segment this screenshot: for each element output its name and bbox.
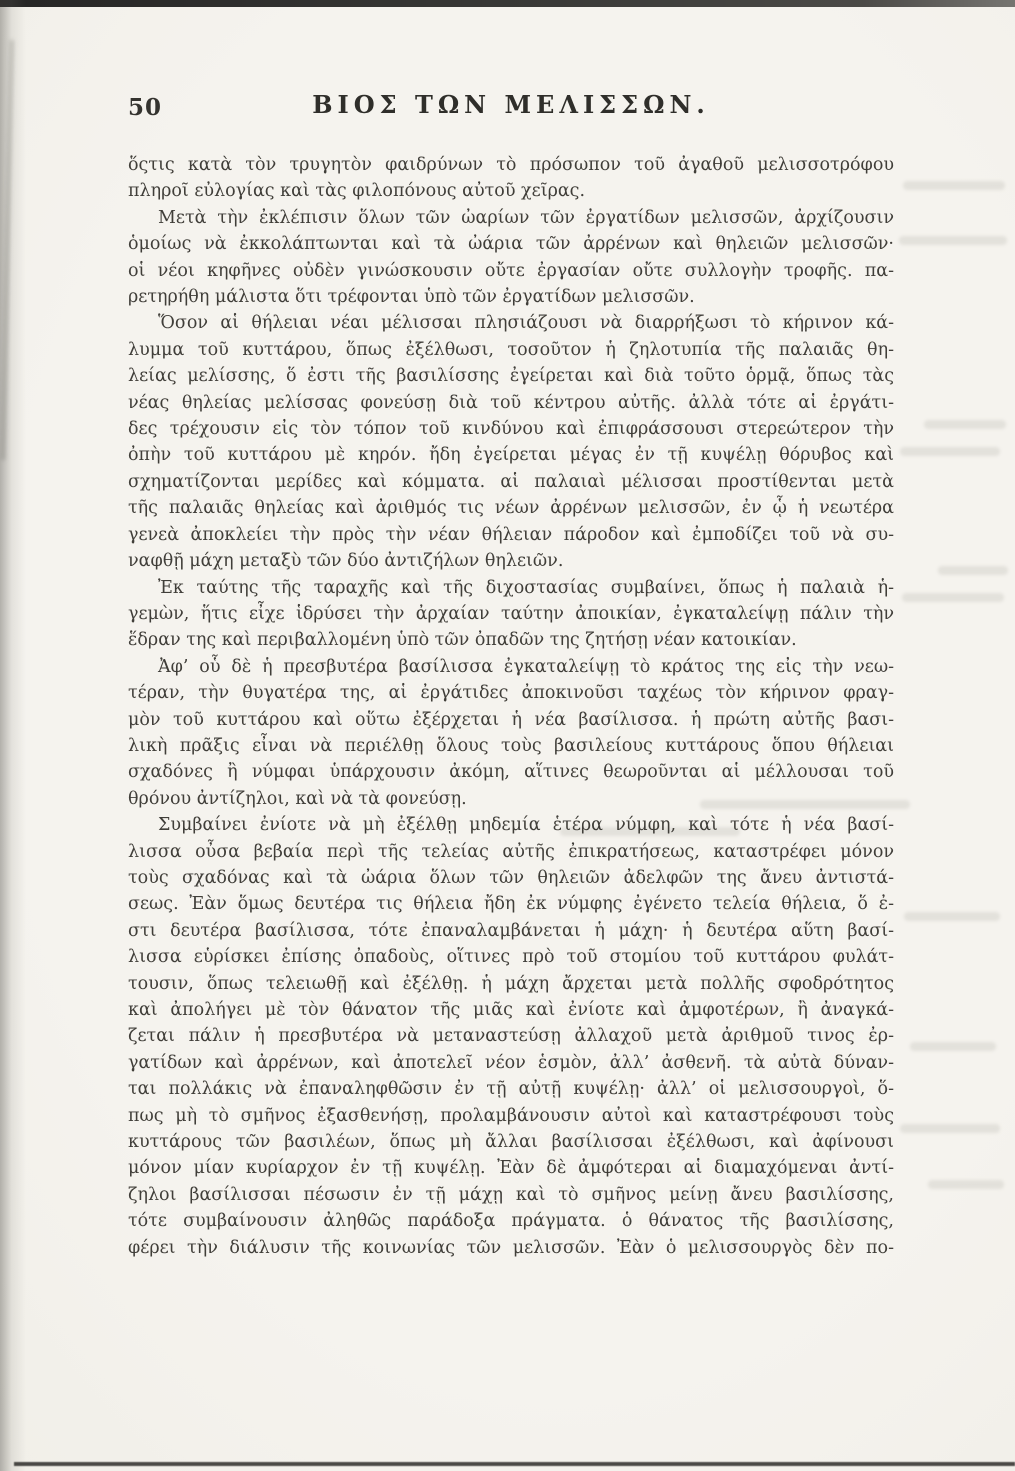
text-line: τότε συμβαίνουσιν ἀληθῶς παράδοξα πράγμα… [128,1208,894,1234]
text-line: Μετὰ τὴν ἐκλέπισιν ὅλων τῶν ὠαρίων τῶν ἐ… [128,205,894,231]
text-line: τῆς παλαιᾶς θηλείας καὶ ἀριθμός τις νέων… [128,495,894,521]
text-line: τουσιν, ὅπως τελειωθῇ καὶ ἐξέλθῃ. ἡ μάχη… [128,971,894,997]
text-line: κυττάρους τῶν βασιλέων, ὅπως μὴ ἄλλαι βα… [128,1129,894,1155]
scan-bottom-edge [14,1462,1015,1466]
bleedthrough-mark [910,1042,996,1051]
text-line: ναφθῇ μάχη μεταξὺ τῶν δύο ἀντιζήλων θηλε… [128,548,894,574]
bleedthrough-mark [902,593,1004,602]
text-line: ζηλοι βασίλισσαι πέσωσιν ἐν τῇ μάχῃ καὶ … [128,1182,894,1208]
book-page: 50 ΒΙΟΣ ΤΩΝ ΜΕΛΙΣΣΩΝ. ὅςτις κατὰ τὸν τρυ… [0,0,1015,1471]
bleedthrough-mark [903,181,1005,190]
text-line: μὸν τοῦ κυττάρου καὶ οὕτω ἐξέρχεται ἡ νέ… [128,707,894,733]
bleedthrough-mark [924,420,1006,429]
text-line: Ὅσον αἱ θήλειαι νέαι μέλισσαι πλησιάζουσ… [128,310,894,336]
text-line: ὁμοίως νὰ ἐκκολάπτωνται καὶ τὰ ὠάρια τῶν… [128,231,894,257]
text-line: ται πολλάκις νὰ ἐπαναληφθῶσιν ἐν τῇ αὐτῇ… [128,1076,894,1102]
bleedthrough-mark [904,912,1000,921]
text-line: νέας θηλείας μελίσσας φονεύσῃ διὰ τοῦ κέ… [128,390,894,416]
paragraph: Ἐκ ταύτης τῆς ταραχῆς καὶ τῆς διχοστασία… [128,575,894,654]
text-column: ὅςτις κατὰ τὸν τρυγητὸν φαιδρύνων τὸ πρό… [128,152,894,1261]
paragraph: ὅςτις κατὰ τὸν τρυγητὸν φαιδρύνων τὸ πρό… [128,152,894,205]
text-line: σχαδόνες ἢ νύμφαι ὑπάρχουσιν ἀκόμη, αἵτι… [128,759,894,785]
bleedthrough-mark [899,236,1007,245]
text-line: γενεὰ ἀποκλείει τὴν πρὸς τὴν νέαν θήλεια… [128,522,894,548]
scan-top-edge [0,0,1015,7]
text-line: δες τρέχουσιν εἰς τὸν τόπον τοῦ κινδύνου… [128,416,894,442]
bleedthrough-mark [938,566,1008,575]
text-line: φέρει τὴν διάλυσιν τῆς κοινωνίας τῶν μελ… [128,1235,894,1261]
text-line: λυμμα τοῦ κυττάρου, ὅπως ἐξέλθωσι, τοσοῦ… [128,337,894,363]
bleedthrough-mark [900,447,1000,456]
paragraph: Μετὰ τὴν ἐκλέπισιν ὅλων τῶν ὠαρίων τῶν ἐ… [128,205,894,311]
text-line: μόνον μίαν κυρίαρχον ἐν τῇ κυψέλῃ. Ἐὰν δ… [128,1155,894,1181]
paragraph: Ἀφ’ οὗ δὲ ἡ πρεσβυτέρα βασίλισσα ἐγκαταλ… [128,654,894,812]
text-line: θρόνου ἀντίζηλοι, καὶ νὰ τὰ φονεύσῃ. [128,786,894,812]
text-line: λισσα οὖσα βεβαία περὶ τῆς τελείας αὐτῆς… [128,839,894,865]
text-line: πληροῖ εὐλογίας καὶ τὰς φιλοπόνους αὐτοῦ… [128,178,894,204]
text-line: στι δευτέρα βασίλισσα, τότε ἐπαναλαμβάνε… [128,918,894,944]
text-line: ὅςτις κατὰ τὸν τρυγητὸν φαιδρύνων τὸ πρό… [128,152,894,178]
bleedthrough-mark [900,1124,1000,1133]
text-line: ζεται πάλιν ἡ πρεσβυτέρα νὰ μεταναστεύσῃ… [128,1023,894,1049]
text-line: πως μὴ τὸ σμῆνος ἐξασθενήσῃ, προλαμβάνου… [128,1103,894,1129]
paragraph: Ὅσον αἱ θήλειαι νέαι μέλισσαι πλησιάζουσ… [128,310,894,574]
page-header: 50 ΒΙΟΣ ΤΩΝ ΜΕΛΙΣΣΩΝ. [128,90,894,124]
running-title: ΒΙΟΣ ΤΩΝ ΜΕΛΙΣΣΩΝ. [128,90,894,119]
text-line: οἱ νέοι κηφῆνες οὐδὲν γινώσκουσιν οὔτε ἐ… [128,258,894,284]
text-line: καὶ ἀπολήγει μὲ τὸν θάνατον τῆς μιᾶς καὶ… [128,997,894,1023]
text-line: σεως. Ἐὰν ὅμως δευτέρα τις θήλεια ἤδη ἐκ… [128,891,894,917]
text-line: Ἐκ ταύτης τῆς ταραχῆς καὶ τῆς διχοστασία… [128,575,894,601]
text-line: τέραν, τὴν θυγατέρα της, αἱ ἐργάτιδες ἀπ… [128,680,894,706]
text-line: ὀπὴν τοῦ κυττάρου μὲ κηρόν. ἤδη ἐγείρετα… [128,442,894,468]
text-line: λικὴ πρᾶξις εἶναι νὰ περιέλθῃ ὅλους τοὺς… [128,733,894,759]
scan-left-edge-shadow [0,0,26,1471]
text-line: ρετηρήθη μάλιστα ὅτι τρέφονται ὑπὸ τῶν ἐ… [128,284,894,310]
text-line: Ἀφ’ οὗ δὲ ἡ πρεσβυτέρα βασίλισσα ἐγκαταλ… [128,654,894,680]
text-line: σχηματίζονται μερίδες καὶ κόμματα. αἱ πα… [128,469,894,495]
text-line: λισσα εὑρίσκει ἐπίσης ὀπαδοὺς, οἵτινες π… [128,944,894,970]
text-line: γεμὼν, ἥτις εἶχε ἱδρύσει τὴν ἀρχαίαν ταύ… [128,601,894,627]
text-line: λείας μελίσσης, ὅ ἐστι τῆς βασιλίσσης ἐγ… [128,363,894,389]
text-line: γατίδων καὶ ἀρρένων, καὶ ἀποτελεῖ νέον ἑ… [128,1050,894,1076]
text-line: Συμβαίνει ἐνίοτε νὰ μὴ ἐξέλθῃ μηδεμία ἑτ… [128,812,894,838]
text-line: τοὺς σχαδόνας καὶ τὰ ὠάρια ὅλων τῶν θηλε… [128,865,894,891]
paragraph: Συμβαίνει ἐνίοτε νὰ μὴ ἐξέλθῃ μηδεμία ἑτ… [128,812,894,1261]
bleedthrough-mark [928,1180,1004,1189]
text-line: ἕδραν της καὶ περιβαλλομένη ὑπὸ τῶν ὀπαδ… [128,627,894,653]
